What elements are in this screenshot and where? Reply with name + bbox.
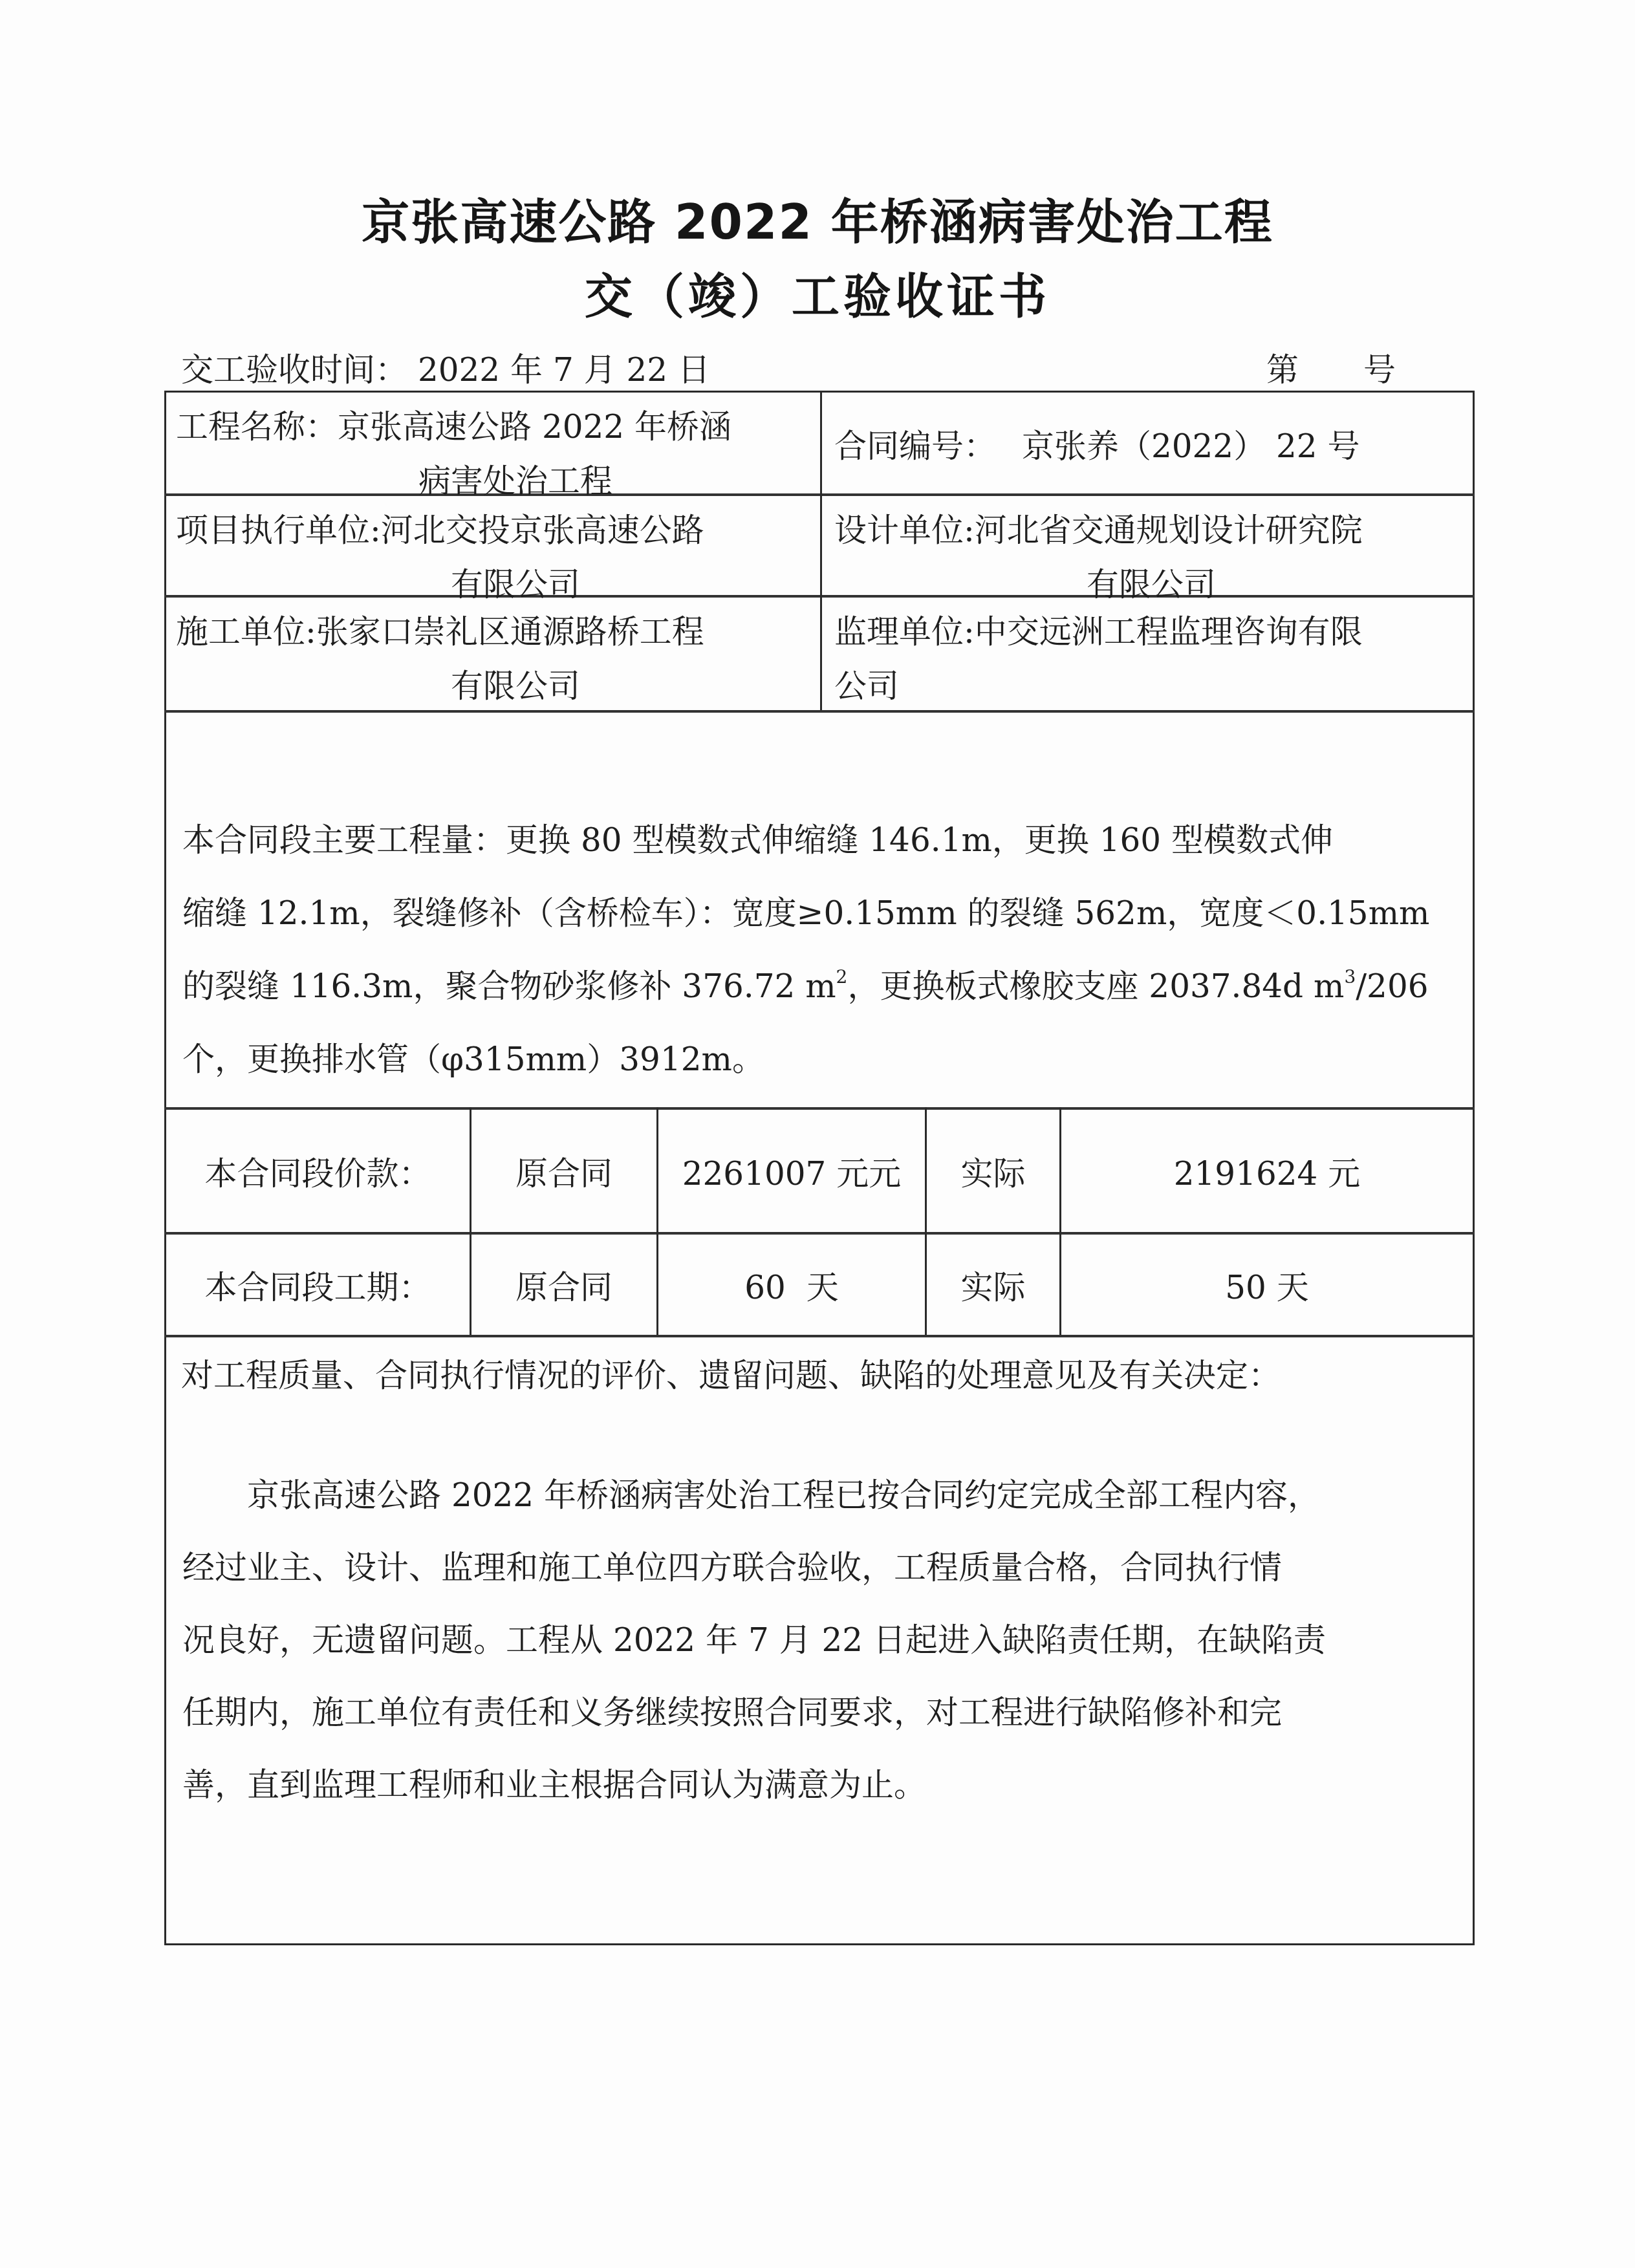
acceptance-time-label: 交工验收时间： xyxy=(181,351,407,389)
design-unit-value-line2: 有限公司 xyxy=(834,557,1468,612)
contract-duration-original-value: 60 天 xyxy=(658,1235,925,1335)
project-name-value-line1: 京张高速公路 2022 年桥涵 xyxy=(338,408,731,446)
project-name-cell: 工程名称：京张高速公路 2022 年桥涵 病害处治工程 xyxy=(176,400,816,508)
quantities-line-1: 本合同段主要工程量：更换 80 型模数式伸缩缝 146.1m，更换 160 型模… xyxy=(182,804,1463,877)
quantities-line-4: 个，更换排水管（φ315mm）3912m。 xyxy=(182,1023,1463,1096)
construction-unit-cell: 施工单位:张家口崇礼区通源路桥工程 有限公司 xyxy=(176,605,816,713)
column-divider xyxy=(820,391,822,710)
document-title: 京张高速公路 2022 年桥涵病害处治工程 xyxy=(0,184,1635,253)
document-subtitle: 交（竣）工验收证书 xyxy=(0,259,1635,327)
project-name-value-line2: 病害处治工程 xyxy=(176,454,816,508)
quantities-line-2: 缩缝 12.1m，裂缝修补（含桥检车）：宽度≥0.15mm 的裂缝 562m，宽… xyxy=(182,877,1463,950)
project-name-label: 工程名称： xyxy=(176,408,338,446)
contract-no-label: 合同编号： xyxy=(834,427,996,465)
contract-duration-original-label: 原合同 xyxy=(471,1235,656,1335)
contract-price-original-label: 原合同 xyxy=(471,1110,656,1232)
evaluation-heading: 对工程质量、合同执行情况的评价、遗留问题、缺陷的处理意见及有关决定： xyxy=(181,1343,1468,1408)
supervision-unit-value-line1: 中交远洲工程监理咨询有限 xyxy=(975,613,1363,651)
evaluation-line-5: 善，直到监理工程师和业主根据合同认为满意为止。 xyxy=(182,1749,1463,1821)
construction-unit-value-line1: 张家口崇礼区通源路桥工程 xyxy=(316,613,704,651)
evaluation-line-1: 京张高速公路 2022 年桥涵病害处治工程已按合同约定完成全部工程内容， xyxy=(182,1459,1463,1531)
certificate-number: 第号 xyxy=(1266,344,1396,391)
contract-no-cell: 合同编号： 京张养（2022） 22 号 xyxy=(834,419,1468,473)
contract-duration-label: 本合同段工期： xyxy=(166,1235,470,1335)
evaluation-line-4: 任期内，施工单位有责任和义务继续按照合同要求，对工程进行缺陷修补和完 xyxy=(182,1676,1463,1749)
executing-unit-cell: 项目执行单位:河北交投京张高速公路 有限公司 xyxy=(176,503,816,612)
number-prefix: 第 xyxy=(1266,344,1299,391)
executing-unit-value-line1: 河北交投京张高速公路 xyxy=(381,512,704,549)
contract-price-label: 本合同段价款： xyxy=(166,1110,470,1232)
executing-unit-value-line2: 有限公司 xyxy=(176,557,816,612)
evaluation-line-2: 经过业主、设计、监理和施工单位四方联合验收，工程质量合格，合同执行情 xyxy=(182,1531,1463,1604)
contract-duration-actual-label: 实际 xyxy=(927,1235,1059,1335)
contract-price-actual-value: 2191624 元 xyxy=(1061,1110,1473,1232)
construction-unit-value-line2: 有限公司 xyxy=(176,659,816,713)
row-divider xyxy=(164,1335,1475,1337)
acceptance-time-value: 2022 年 7 月 22 日 xyxy=(418,351,710,389)
number-suffix: 号 xyxy=(1363,344,1396,391)
contract-no-value: 京张养（2022） 22 号 xyxy=(1022,427,1360,465)
supervision-unit-cell: 监理单位:中交远洲工程监理咨询有限 公司 xyxy=(834,605,1468,713)
main-quantities: 本合同段主要工程量：更换 80 型模数式伸缩缝 146.1m，更换 160 型模… xyxy=(182,804,1463,1096)
contract-duration-actual-value: 50 天 xyxy=(1061,1235,1473,1335)
contract-price-actual-label: 实际 xyxy=(927,1110,1059,1232)
design-unit-value-line1: 河北省交通规划设计研究院 xyxy=(975,512,1363,549)
supervision-unit-label: 监理单位: xyxy=(834,613,975,651)
contract-price-original-value: 2261007 元元 xyxy=(658,1110,925,1232)
design-unit-label: 设计单位: xyxy=(834,512,975,549)
acceptance-time: 交工验收时间： 2022 年 7 月 22 日 xyxy=(181,344,710,391)
evaluation-body: 京张高速公路 2022 年桥涵病害处治工程已按合同约定完成全部工程内容， 经过业… xyxy=(182,1459,1463,1821)
executing-unit-label: 项目执行单位: xyxy=(176,512,381,549)
construction-unit-label: 施工单位: xyxy=(176,613,316,651)
supervision-unit-value-line2: 公司 xyxy=(834,659,1468,713)
evaluation-line-3: 况良好，无遗留问题。工程从 2022 年 7 月 22 日起进入缺陷责任期，在缺… xyxy=(182,1604,1463,1676)
design-unit-cell: 设计单位:河北省交通规划设计研究院 有限公司 xyxy=(834,503,1468,612)
quantities-line-3: 的裂缝 116.3m，聚合物砂浆修补 376.72 m2，更换板式橡胶支座 20… xyxy=(182,950,1463,1023)
